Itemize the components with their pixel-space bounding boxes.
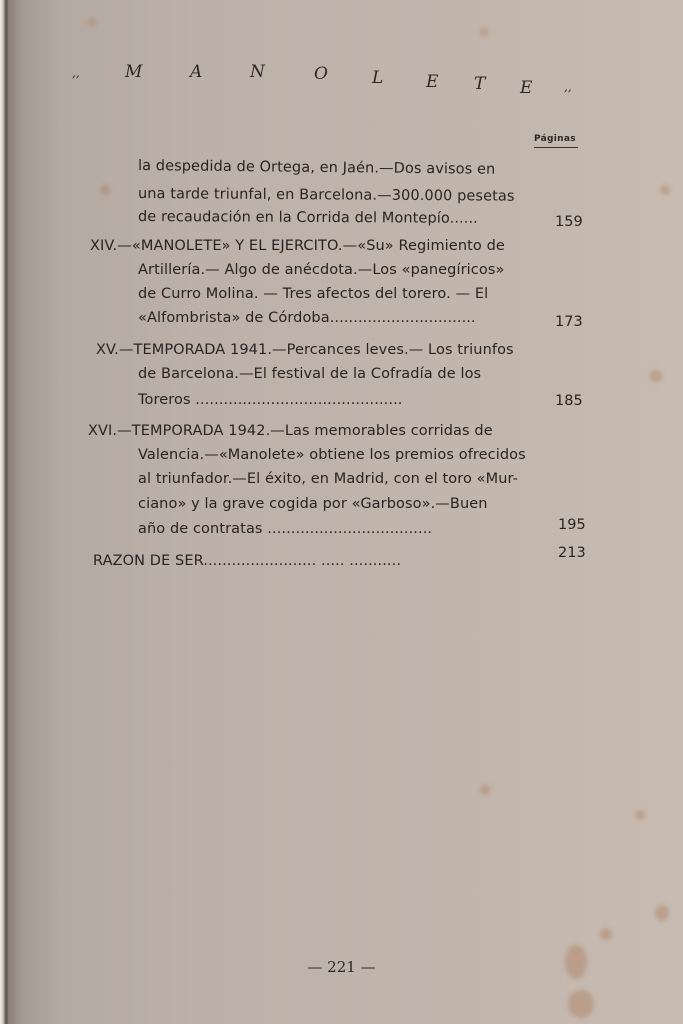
toc-entry-line: XV.—TEMPORADA 1941.—Percances leves.— Lo…: [96, 340, 514, 360]
toc-entry-line: año de contratas .......................…: [138, 519, 432, 539]
toc-entry-line: ciano» y la grave cogida por «Garboso».—…: [138, 494, 488, 514]
foxing-spot: [660, 185, 670, 195]
toc-page-number: 185: [555, 393, 583, 409]
running-head-letter: E: [426, 72, 438, 92]
toc-entry-line: la despedida de Ortega, en Jaén.—Dos avi…: [138, 156, 496, 180]
running-head-letter: N: [250, 62, 265, 82]
running-head-close-quote: ,,: [564, 80, 572, 94]
toc-entry-line: Toreros ................................…: [138, 390, 403, 410]
foxing-spot: [568, 990, 594, 1018]
foxing-spot: [100, 185, 110, 195]
foxing-spot: [655, 905, 669, 921]
running-head-letter: A: [190, 62, 202, 82]
foxing-spot: [88, 18, 96, 26]
toc-page-number: 195: [558, 517, 586, 533]
toc-entry-line: RAZON DE SER........................ ...…: [93, 551, 401, 571]
toc-page-number: 213: [558, 545, 586, 561]
toc-entry-line: de recaudación en la Corrida del Montepí…: [138, 207, 478, 229]
toc-entry-line: Artillería.— Algo de anécdota.—Los «pane…: [138, 260, 504, 280]
foxing-spot: [635, 810, 645, 820]
running-head-open-quote: ,,: [72, 66, 80, 80]
running-head: ,, M A N O L E T E ,,: [70, 60, 590, 100]
toc-entry-line: XVI.—TEMPORADA 1942.—Las memorables corr…: [88, 421, 493, 441]
pages-column-header: Páginas: [534, 134, 578, 148]
toc-page-number: 173: [555, 314, 583, 330]
toc-entry-line: de Barcelona.—El festival de la Cofradía…: [138, 364, 481, 384]
running-head-letter: E: [520, 78, 532, 98]
toc-entry-line: «Alfombrista» de Córdoba................…: [138, 308, 476, 328]
foxing-spot: [480, 28, 488, 36]
toc-entry-line: XIV.—«MANOLETE» Y EL EJERCITO.—«Su» Regi…: [90, 236, 505, 256]
foxing-spot: [650, 370, 662, 382]
running-head-letter: T: [474, 74, 485, 94]
page-folio: — 221 —: [0, 958, 683, 976]
toc-entry-line: una tarde triunfal, en Barcelona.—300.00…: [138, 184, 515, 207]
running-head-letter: O: [314, 64, 328, 84]
toc-entry-line: Valencia.—«Manolete» obtiene los premios…: [138, 445, 526, 465]
foxing-spot: [600, 928, 612, 940]
foxing-spot: [480, 785, 490, 795]
toc-page-number: 159: [555, 214, 583, 230]
toc-entry-line: de Curro Molina. — Tres afectos del tore…: [138, 284, 488, 304]
running-head-letter: M: [125, 62, 142, 82]
running-head-letter: L: [372, 68, 383, 88]
page-gutter-edge: [0, 0, 8, 1024]
toc-entry-line: al triunfador.—El éxito, en Madrid, con …: [138, 469, 518, 489]
